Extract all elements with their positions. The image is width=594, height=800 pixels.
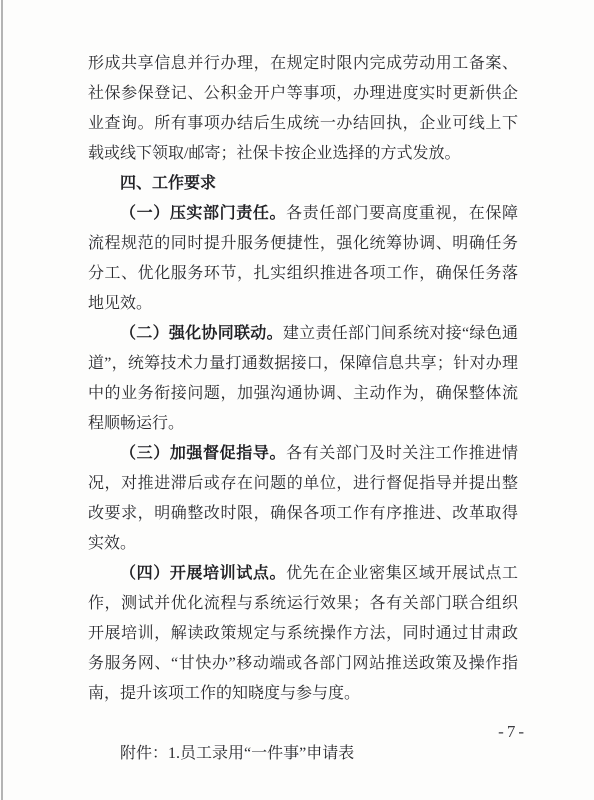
attachment-line: 附件：1.员工录用“一件事”申请表 xyxy=(88,739,518,769)
paragraph: （一）压实部门责任。各责任部门要高度重视，在保障流程规范的同时提升服务便捷性，强… xyxy=(88,199,518,319)
paragraph: （三）加强督促指导。各有关部门及时关注工作推进情况，对推进滞后或存在问题的单位，… xyxy=(88,439,518,559)
paragraph: （四）开展培训试点。优先在企业密集区域开展试点工作，测试并优化流程与系统运行效果… xyxy=(88,559,518,709)
paragraph: 形成共享信息并行办理，在规定时限内完成劳动用工备案、社保参保登记、公积金开户等事… xyxy=(88,49,518,169)
paragraph-lead: （四）开展培训试点。 xyxy=(120,565,286,582)
section-heading: 四、工作要求 xyxy=(88,169,518,199)
paragraph: （二）强化协同联动。建立责任部门间系统对接“绿色通道”，统筹技术力量打通数据接口… xyxy=(88,319,518,439)
page-number: -7- xyxy=(498,722,527,742)
paragraph-lead: （二）强化协同联动。 xyxy=(120,325,283,342)
scan-edge-artifact xyxy=(1,0,3,800)
paragraph-lead: （一）压实部门责任。 xyxy=(120,205,286,222)
document-page: 形成共享信息并行办理，在规定时限内完成劳动用工备案、社保参保登记、公积金开户等事… xyxy=(0,0,594,800)
document-body: 形成共享信息并行办理，在规定时限内完成劳动用工备案、社保参保登记、公积金开户等事… xyxy=(88,49,518,769)
paragraph-lead: （三）加强督促指导。 xyxy=(120,445,286,462)
